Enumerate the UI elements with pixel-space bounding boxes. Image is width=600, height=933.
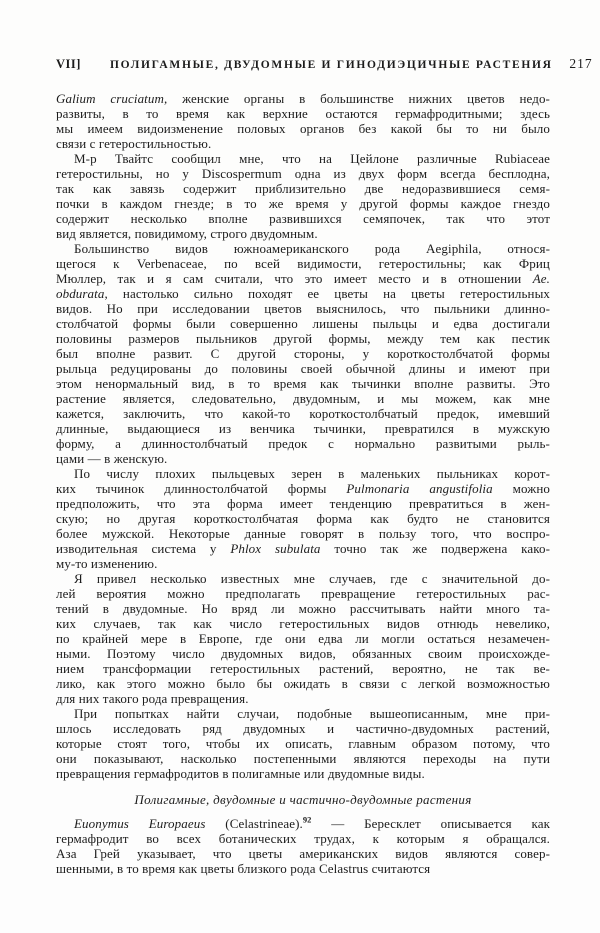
- text-line: При попытках найти случаи, подобные выше…: [56, 706, 550, 721]
- text-line: рыльца редуцированы до половины своей об…: [56, 361, 550, 376]
- text-line: скую; но другая короткостолбчатая форма …: [56, 511, 550, 526]
- text-line: видов. Но при исследовании цветов выясни…: [56, 301, 550, 316]
- text-line: По числу плохих пыльцевых зерен в малень…: [56, 466, 550, 481]
- text-line: гермафродит во всех ботанических трудах,…: [56, 831, 550, 846]
- paragraph: Galium cruciatum, женские органы в больш…: [56, 91, 550, 151]
- paragraph: Я привел несколько известных мне случаев…: [56, 571, 550, 706]
- text-line: ких тычинок длинностолбчатой формы Pulmo…: [56, 481, 550, 496]
- text-line: лей вероятия можно предполагать превраще…: [56, 586, 550, 601]
- text-line: содержит несколько вполне развившихся се…: [56, 211, 550, 226]
- text-line: превращения гермафродитов в полигамные и…: [56, 766, 550, 781]
- text-line: почки в каждом гнезде; в то же время у д…: [56, 196, 550, 211]
- page-header: VII] ПОЛИГАМНЫЕ, ДВУДОМНЫЕ И ГИНОДИЭЦИЧН…: [56, 56, 550, 72]
- text-line: предположить, что эта форма имеет тенден…: [56, 496, 550, 511]
- text-line: шлось исследовать ряд двудомных и частич…: [56, 721, 550, 736]
- text-line: которые стоят того, чтобы их описать, гл…: [56, 736, 550, 751]
- text-line: Аза Грей указывает, что цветы американск…: [56, 846, 550, 861]
- text-line: более мужской. Некоторые данные говорят …: [56, 526, 550, 541]
- section-heading: Полигамные, двудомные и частично-двудомн…: [56, 792, 550, 807]
- text-line: изводительная система у Phlox subulata т…: [56, 541, 550, 556]
- page-body: Galium cruciatum, женские органы в больш…: [56, 91, 550, 876]
- page-number: 217: [553, 56, 593, 72]
- text-line: шенными, в то время как цветы близкого р…: [56, 861, 550, 876]
- text-line: мы имеем видоизменение половых органов б…: [56, 121, 550, 136]
- text-line: длинные, выдающиеся из венчика тычинки, …: [56, 421, 550, 436]
- paragraph: М-р Твайтс сообщил мне, что на Цейлоне р…: [56, 151, 550, 241]
- text-line: тений в двудомные. Но вряд ли можно расс…: [56, 601, 550, 616]
- text-line: связи с гетеростильностью.: [56, 136, 550, 151]
- text-line: Большинство видов южноамериканского рода…: [56, 241, 550, 256]
- text-line: вид является, повидимому, строго двудомн…: [56, 226, 550, 241]
- text-line: му-то изменению.: [56, 556, 550, 571]
- text-line: лико, как этого можно было бы ожидать в …: [56, 676, 550, 691]
- text-line: развиты, в то время как верхние остаются…: [56, 106, 550, 121]
- text-line: столбчатой формы были совершенно лишены …: [56, 316, 550, 331]
- text-line: гетеростильны, но у Discospermum одна из…: [56, 166, 550, 181]
- paragraph: По числу плохих пыльцевых зерен в малень…: [56, 466, 550, 571]
- text-line: Я привел несколько известных мне случаев…: [56, 571, 550, 586]
- text-line: форму, а длинностолбчатый предок с норма…: [56, 436, 550, 451]
- book-page: VII] ПОЛИГАМНЫЕ, ДВУДОМНЫЕ И ГИНОДИЭЦИЧН…: [0, 0, 600, 933]
- text-line: так как завязь содержит приблизительно д…: [56, 181, 550, 196]
- text-line: они показывают, насколько постепенными я…: [56, 751, 550, 766]
- text-line: кажется, заключить, что какой-то коротко…: [56, 406, 550, 421]
- text-line: был вполне развит. С другой стороны, у к…: [56, 346, 550, 361]
- text-line: нием трансформации гетеростильных растен…: [56, 661, 550, 676]
- text-line: по крайней мере в Европе, где они едва л…: [56, 631, 550, 646]
- text-line: для них такого рода превращения.: [56, 691, 550, 706]
- paragraph: Большинство видов южноамериканского рода…: [56, 241, 550, 466]
- running-title: ПОЛИГАМНЫЕ, ДВУДОМНЫЕ И ГИНОДИЭЦИЧНЫЕ РА…: [110, 59, 553, 71]
- text-line: Euonymus Europaeus (Celastrineae).92 — Б…: [56, 816, 550, 831]
- text-line: ными. Поэтому число двудомных видов, обя…: [56, 646, 550, 661]
- text-line: ких случаев, так как число гетеростильны…: [56, 616, 550, 631]
- text-line: Мюллер, так и я сам считали, что это име…: [56, 271, 550, 286]
- text-line: М-р Твайтс сообщил мне, что на Цейлоне р…: [56, 151, 550, 166]
- text-line: половины размеров пыльников другой формы…: [56, 331, 550, 346]
- paragraph: Euonymus Europaeus (Celastrineae).92 — Б…: [56, 816, 550, 876]
- paragraph: При попытках найти случаи, подобные выше…: [56, 706, 550, 781]
- text-line: растение является, следовательно, двудом…: [56, 391, 550, 406]
- text-line: цами — в женскую.: [56, 451, 550, 466]
- text-line: Galium cruciatum, женские органы в больш…: [56, 91, 550, 106]
- text-line: этом ненормальный вид, в то время как ты…: [56, 376, 550, 391]
- text-line: щегося к Verbenaceae, по всей видимости,…: [56, 256, 550, 271]
- text-line: obdurata, настолько сильно походят ее цв…: [56, 286, 550, 301]
- chapter-number: VII]: [56, 57, 110, 72]
